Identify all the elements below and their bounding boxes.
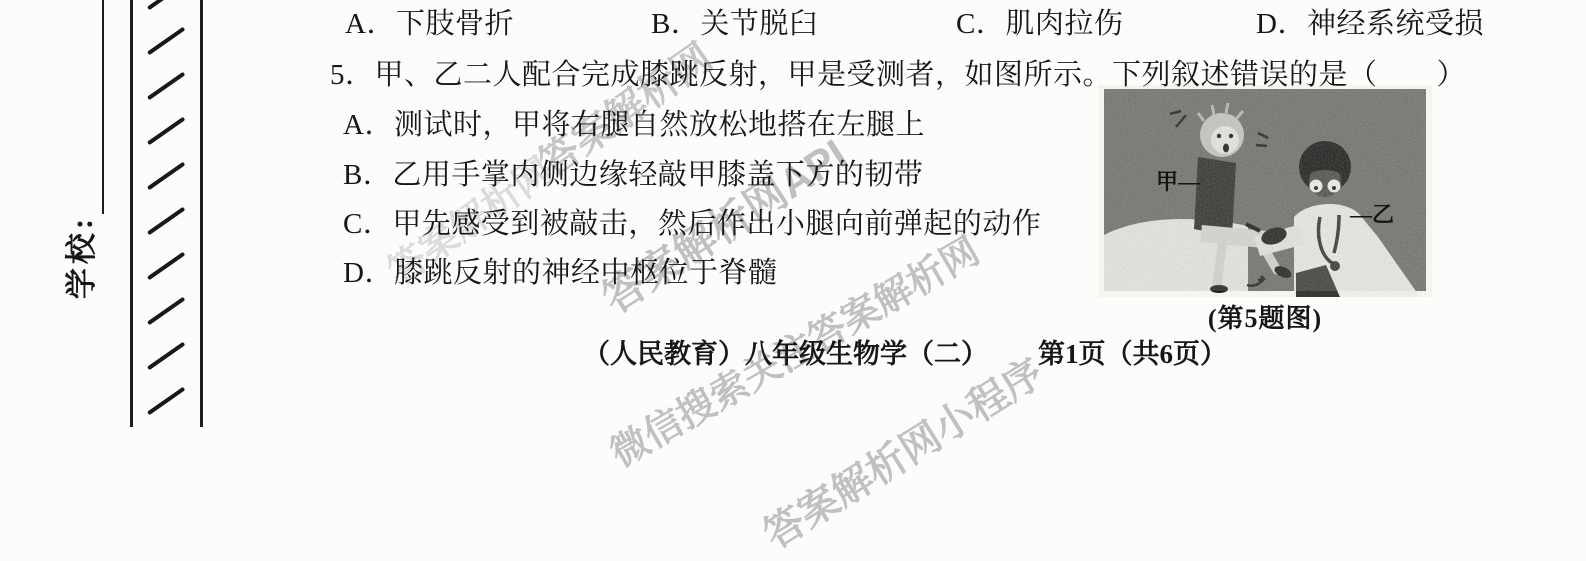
- q4-option-d: D．神经系统受损: [1256, 1, 1484, 42]
- q4-option-a: A．下肢骨折: [345, 1, 514, 42]
- footer-paper-title: （人民教育）八年级生物学（二）: [583, 332, 988, 371]
- q5-option-d: D．膝跳反射的神经中枢位于脊髓: [343, 250, 777, 291]
- q4-option-b: B．关节脱臼: [651, 1, 818, 42]
- q5-stem: 5．甲、乙二人配合完成膝跳反射，甲是受测者，如图所示。下列叙述错误的是（ ）: [330, 52, 1466, 93]
- page-footer: （人民教育）八年级生物学（二） 第1页（共6页）: [583, 332, 1227, 371]
- q5-option-a: A．测试时，甲将右腿自然放松地搭在左腿上: [343, 102, 925, 143]
- footer-page-number: 第1页（共6页）: [1038, 332, 1227, 371]
- q5-option-c: C．甲先感受到被敲击，然后作出小腿向前弹起的动作: [343, 201, 1041, 242]
- binding-slash: [147, 207, 185, 235]
- binding-slash: [147, 297, 185, 325]
- figure-caption: (第5题图): [1098, 298, 1432, 335]
- binding-slash: [147, 342, 185, 370]
- q4-option-c: C．肌肉拉伤: [956, 1, 1123, 42]
- school-label: 学校:: [63, 211, 101, 303]
- q5-option-b: B．乙用手掌内侧边缘轻敲甲膝盖下方的韧带: [343, 152, 923, 193]
- binding-slash: [147, 252, 185, 280]
- exam-page: 学校: 答案解析网答案解析网答案解析网API微信搜索关注答案解析网答案解析网小程…: [0, 0, 1586, 561]
- binding-slash: [147, 387, 185, 415]
- figure-label-yi: —乙: [1349, 202, 1394, 227]
